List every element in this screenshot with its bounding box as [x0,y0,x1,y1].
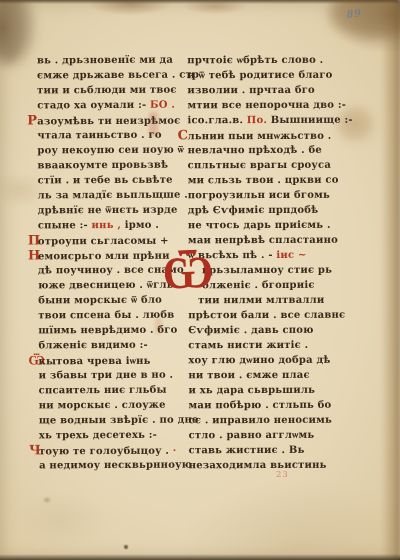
ink-text: мтии все непорочна дво :- [187,100,346,112]
text-line: спыне :- инь , ірмо . [38,218,186,234]
ink-text: изволии . прчтаа бго [187,85,315,96]
ink-text: ми сльзь твои . цркви со [188,175,339,187]
rubric-text: БО . [150,100,175,111]
manuscript-page: 89 вь . дрьзновенїє ми даємже дрьжаве вь… [0,0,400,560]
rubric-text: С [178,128,186,143]
ink-text: тоую те голоубыцоу . [39,446,169,458]
text-line: ни твои . ємже плає [188,368,352,384]
ink-text: Єѵфиміє . давь спою [188,325,313,336]
text-line: блженіє видимо :- [38,338,186,354]
rubric-text: инь , [92,220,125,231]
ink-text: стїи . и тебе вь сьвѣте [38,175,173,187]
text-line: стамь нисти житіє . [188,338,352,354]
ink-text: хь трехь десетехь :- [39,430,157,442]
text-line: ми сльзь твои . цркви со [188,173,352,189]
ink-text: прчтоіє ѡбрѣть слово . [187,55,323,66]
ink-spot [124,545,128,549]
text-line: Єѵфиміє . давь спою [188,323,352,339]
ink-text: ни твои . ємже плає [188,370,309,381]
text-line: Сльнии пыи мнѡжьство . [188,128,352,144]
ink-text: сє . иправило неносимь [189,415,332,427]
ink-text: ісо.гла.в. [187,115,246,126]
rubric-text: По. [247,115,271,126]
ink-text: тии и сьблюди ми твоє [37,85,177,97]
text-line: хоу глю дѡино добра дѣ [188,353,352,369]
ink-text: шїимь неврѣдимо . бго [38,325,177,337]
ink-text: дрѣ Єѵфиміє прпдобѣ [188,205,319,216]
top-right-corner-stain [330,0,400,38]
ink-text: вь . дрьзновенїє ми да [37,55,173,67]
ink-text: не чтось дарь приіємь . [188,220,331,231]
text-line: шїимь неврѣдимо . бго [38,323,186,339]
rubric-text: Р [27,113,35,128]
text-line: и збавы три дне в но . [39,368,187,384]
ink-text: стло . равно агглѡмь [189,430,315,441]
text-line: стадо ха оумали :- БО . [37,98,185,114]
quire-mark: 23 [276,470,289,480]
ink-text: роу некоупю сеи ноую ѿ [37,145,184,157]
text-line: ни морскыє . слоуже [39,398,187,414]
text-line: прчтоіє ѡбрѣть слово . [187,53,351,69]
text-line: Чтоую те голоубыцоу . · [39,443,187,459]
ink-text: ще водныи звѣрїє . по дне [39,415,199,427]
rubric-text: Ѿ [28,353,36,368]
text-line: стло . равно агглѡмь [189,428,353,444]
text-line: погроузильн иси бгомь [188,188,352,204]
ink-text: ірмо . [125,220,159,231]
text-line: а недимоу несквьрнноую [39,458,187,474]
ink-text: маи побѣрю . стльпь бо [188,400,331,411]
text-line: не чтось дарь приіємь . [188,218,352,234]
rubric-text: Н [28,248,36,263]
text-line: ємже дрьжаве вьсега . стр [37,68,185,84]
text-line: Ѿкытова чрева іѡнь [38,353,186,369]
small-stain [44,498,50,502]
ink-text: погроузильн иси бгомь [188,190,330,201]
text-line: ще водныи звѣрїє . по дне [39,413,187,429]
ink-text: прѣстои бали . все славнє [188,310,345,322]
ink-text: быни морскыє ѿ бло [38,295,162,307]
ink-text: и збавы три дне в но . [39,370,174,382]
text-line: маи побѣрю . стльпь бо [188,398,352,414]
ink-text: чтала таиньство . го [37,130,161,142]
ink-text: спыне :- [38,220,92,231]
text-line: изволии . прчтаа бго [187,83,351,99]
text-line: стїи . и тебе вь сьвѣте [38,173,186,189]
text-line: мтии все непорочна дво :- [187,98,351,114]
rubric-text: П [28,233,36,248]
ink-text: стамь нисти житіє . [188,340,308,351]
text-line: тии и сьблюди ми твоє [37,83,185,99]
text-line: прѣстои бали . все славнє [188,308,352,324]
ink-text: дрѣвнїє не ѿнєть изрде [38,205,178,217]
text-line: невлачно прѣходѣ . бе [188,143,352,159]
ink-text: и ѿ тебѣ родитисе благо [187,70,332,82]
text-line: твои спсена бы . любв [38,308,186,324]
rubric-text: іис ~ [276,250,306,261]
text-line: ль за младїє вьпльщше . [38,188,186,204]
text-line: дрѣвнїє не ѿнєть изрде [38,203,186,219]
text-line: хь трехь десетехь :- [39,428,187,444]
rubric-text: Ч [29,443,37,458]
right-edge-stain [381,0,400,560]
ink-text: тии нилми млтвалли [198,295,324,306]
ink-text: твои спсена бы . любв [38,310,174,322]
ink-text: спсаитель ниє гльбы [39,385,167,397]
text-line: спсаитель ниє гльбы [39,383,187,399]
ink-text: ставь жистниє . Вь [189,445,305,456]
ink-text: Вышниище :- [271,115,353,126]
ink-text: кытова чрева іѡнь [38,356,150,368]
ink-text: незаходимла вьистинь [189,460,327,471]
rubric-text: · [169,446,176,457]
ink-text: отроупи сьгласомы + [38,236,169,248]
text-line: ставь жистниє . Вь [189,443,353,459]
ink-text: спльтныє врагы сроуса [188,160,331,172]
rubric-drop-cap: Ѿ [162,250,213,297]
ink-text: емоисрьго мли прѣни [38,251,170,263]
text-line: спльтныє врагы сроуса [188,158,352,174]
ink-text: невлачно прѣходѣ . бе [188,145,322,156]
text-line: и ѿ тебѣ родитисе благо [187,68,351,84]
text-line: вь . дрьзновенїє ми да [37,53,185,69]
ink-text: хоу глю дѡино добра дѣ [188,355,330,366]
ink-text: а недимоу несквьрнноую [39,460,192,472]
text-line: незаходимла вьистинь [189,458,353,474]
ink-text: и хь дара сьврьшиль [188,385,315,396]
text-line: Разоумѣвь ти неизрѣмоє [37,113,185,129]
text-line: чтала таиньство . го [37,128,185,144]
text-line: роу некоупю сеи ноую ѿ [37,143,185,159]
folio-number: 89 [346,8,362,20]
ink-text: юже двесницею . ѿгль [38,280,174,292]
ink-text: азоумѣвь ти неизрѣмоє [37,116,180,128]
text-line: сє . иправило неносимь [189,413,353,429]
text-line: вваакоумте провьзвѣ [37,158,185,174]
ink-text: стадо ха оумали :- [37,100,150,112]
text-line: дрѣ Єѵфиміє прпдобѣ [188,203,352,219]
text-line: ісо.гла.в. По. Вышниище :- [187,113,351,129]
ink-text: врьзыламноу стиє рь [202,265,332,276]
top-left-corner-stain [0,0,32,64]
ink-text: льнии пыи мнѡжьство . [188,131,332,143]
ink-text: блженіє . бгоприіє [202,280,315,291]
text-line: и хь дара сьврьшиль [188,383,352,399]
ink-text: вваакоумте провьзвѣ [37,160,168,172]
ink-text: блженіє видимо :- [38,340,147,352]
ink-text: ль за младїє вьпльщше . [38,190,188,202]
text-line: маи непрѣвѣ спластаино [188,233,352,249]
ink-text: ємже дрьжаве вьсега . стр [37,70,199,82]
ink-text: ни морскыє . слоуже [39,400,166,412]
